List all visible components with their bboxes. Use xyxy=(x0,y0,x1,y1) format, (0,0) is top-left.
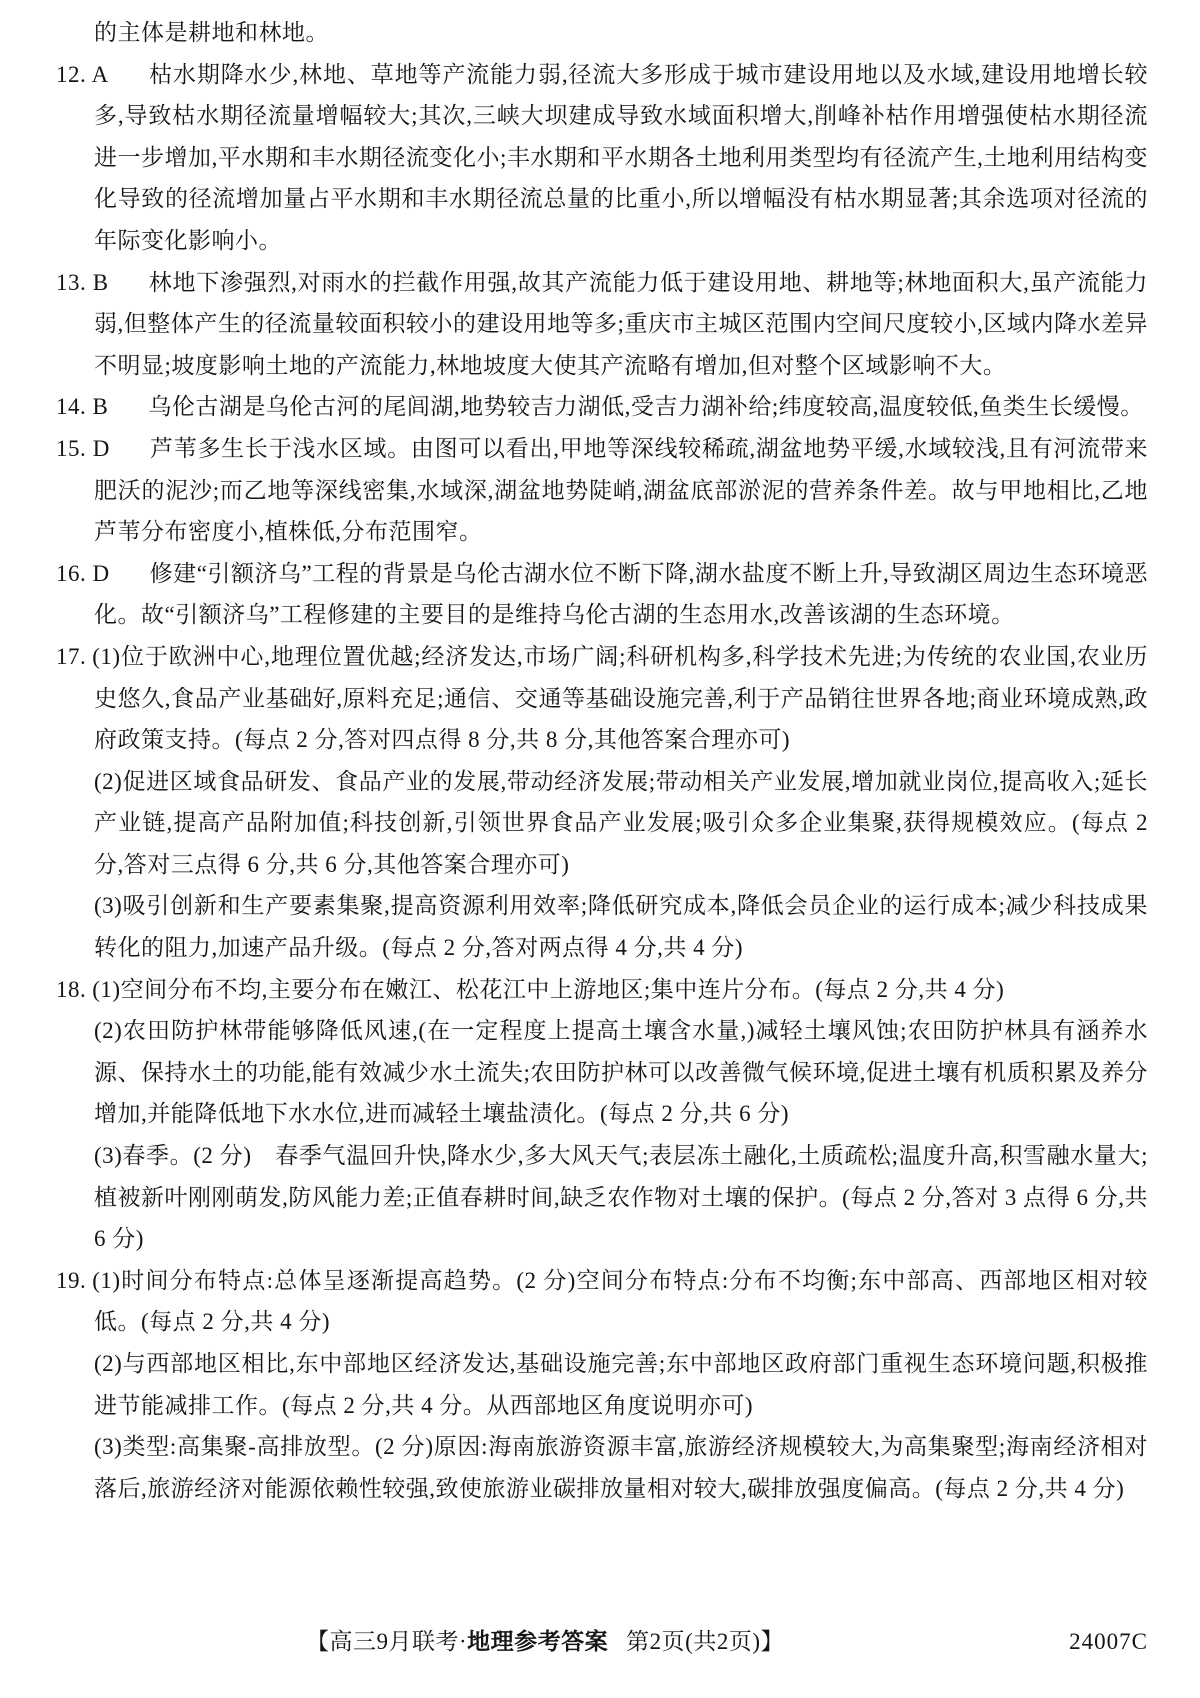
answer-item-18-part1: 18.(1)空间分布不均,主要分布在嫩江、松花江中上游地区;集中连片分布。(每点… xyxy=(56,969,1148,1011)
continuation-paragraph: 的主体是耕地和林地。 xyxy=(56,12,1148,54)
footer-exam-prefix: 【高三9月联考· xyxy=(306,1629,467,1654)
answer-text: (3)类型:高集聚-高排放型。(2 分)原因:海南旅游资源丰富,旅游经济规模较大… xyxy=(94,1434,1148,1501)
question-number: 15. D xyxy=(56,436,110,461)
question-number: 18. xyxy=(56,977,86,1002)
paragraph-text: 的主体是耕地和林地。 xyxy=(94,20,329,45)
answer-item-17-part3: (3)吸引创新和生产要素集聚,提高资源利用效率;降低研究成本,降低会员企业的运行… xyxy=(56,885,1148,968)
question-number: 17. xyxy=(56,644,86,669)
answer-text: (1)时间分布特点:总体呈逐渐提高趋势。(2 分)空间分布特点:分布不均衡;东中… xyxy=(92,1268,1148,1335)
answer-text: 林地下渗强烈,对雨水的拦截作用强,故其产流能力低于建设用地、耕地等;林地面积大,… xyxy=(94,270,1148,378)
answer-text: (2)与西部地区相比,东中部地区经济发达,基础设施完善;东中部地区政府部门重视生… xyxy=(94,1351,1148,1418)
footer-exam-title: 【高三9月联考·地理参考答案第2页(共2页)】 xyxy=(306,1626,784,1658)
footer-subject: 地理参考答案 xyxy=(467,1629,608,1654)
answer-item-15: 15. D芦苇多生长于浅水区域。由图可以看出,甲地等深线较稀疏,湖盆地势平缓,水… xyxy=(56,428,1148,553)
question-number: 13. B xyxy=(56,270,109,295)
answer-text: (1)位于欧洲中心,地理位置优越;经济发达,市场广阔;科研机构多,科学技术先进;… xyxy=(92,644,1148,752)
answer-item-19-part3: (3)类型:高集聚-高排放型。(2 分)原因:海南旅游资源丰富,旅游经济规模较大… xyxy=(56,1426,1148,1509)
answer-item-17-part1: 17.(1)位于欧洲中心,地理位置优越;经济发达,市场广阔;科研机构多,科学技术… xyxy=(56,636,1148,761)
answer-text: (3)吸引创新和生产要素集聚,提高资源利用效率;降低研究成本,降低会员企业的运行… xyxy=(94,893,1148,960)
answer-text: (3)春季。(2 分) 春季气温回升快,降水少,多大风天气;表层冻土融化,土质疏… xyxy=(94,1143,1148,1251)
answer-text: (1)空间分布不均,主要分布在嫩江、松花江中上游地区;集中连片分布。(每点 2 … xyxy=(92,977,1004,1002)
answer-item-13: 13. B林地下渗强烈,对雨水的拦截作用强,故其产流能力低于建设用地、耕地等;林… xyxy=(56,262,1148,387)
question-number: 16. D xyxy=(56,561,110,586)
answer-item-18-part3: (3)春季。(2 分) 春季气温回升快,降水少,多大风天气;表层冻土融化,土质疏… xyxy=(56,1135,1148,1260)
answer-text: (2)农田防护林带能够降低风速,(在一定程度上提高土壤含水量,)减轻土壤风蚀;农… xyxy=(94,1018,1148,1126)
answer-content: 的主体是耕地和林地。 12. A枯水期降水少,林地、草地等产流能力弱,径流大多形… xyxy=(56,12,1148,1509)
question-number: 14. B xyxy=(56,394,108,419)
answer-text: 乌伦古湖是乌伦古河的尾闾湖,地势较吉力湖低,受吉力湖补给;纬度较高,温度较低,鱼… xyxy=(148,394,1143,419)
page-footer: 【高三9月联考·地理参考答案第2页(共2页)】 24007C xyxy=(56,1626,1148,1658)
answer-item-12: 12. A枯水期降水少,林地、草地等产流能力弱,径流大多形成于城市建设用地以及水… xyxy=(56,54,1148,262)
answer-sheet-page: 的主体是耕地和林地。 12. A枯水期降水少,林地、草地等产流能力弱,径流大多形… xyxy=(0,0,1200,1698)
answer-item-19-part1: 19.(1)时间分布特点:总体呈逐渐提高趋势。(2 分)空间分布特点:分布不均衡… xyxy=(56,1260,1148,1343)
question-number: 12. A xyxy=(56,62,109,87)
answer-item-18-part2: (2)农田防护林带能够降低风速,(在一定程度上提高土壤含水量,)减轻土壤风蚀;农… xyxy=(56,1010,1148,1135)
footer-paper-code: 24007C xyxy=(1069,1626,1148,1658)
answer-item-16: 16. D修建“引额济乌”工程的背景是乌伦古湖水位不断下降,湖水盐度不断上升,导… xyxy=(56,553,1148,636)
answer-text: (2)促进区域食品研发、食品产业的发展,带动经济发展;带动相关产业发展,增加就业… xyxy=(94,769,1148,877)
answer-item-17-part2: (2)促进区域食品研发、食品产业的发展,带动经济发展;带动相关产业发展,增加就业… xyxy=(56,761,1148,886)
footer-page-number: 第2页(共2页)】 xyxy=(626,1629,784,1654)
question-number: 19. xyxy=(56,1268,86,1293)
answer-text: 枯水期降水少,林地、草地等产流能力弱,径流大多形成于城市建设用地以及水域,建设用… xyxy=(94,62,1148,253)
answer-item-14: 14. B乌伦古湖是乌伦古河的尾闾湖,地势较吉力湖低,受吉力湖补给;纬度较高,温… xyxy=(56,386,1148,428)
answer-text: 修建“引额济乌”工程的背景是乌伦古湖水位不断下降,湖水盐度不断上升,导致湖区周边… xyxy=(94,561,1148,628)
answer-item-19-part2: (2)与西部地区相比,东中部地区经济发达,基础设施完善;东中部地区政府部门重视生… xyxy=(56,1343,1148,1426)
answer-text: 芦苇多生长于浅水区域。由图可以看出,甲地等深线较稀疏,湖盆地势平缓,水域较浅,且… xyxy=(94,436,1148,544)
